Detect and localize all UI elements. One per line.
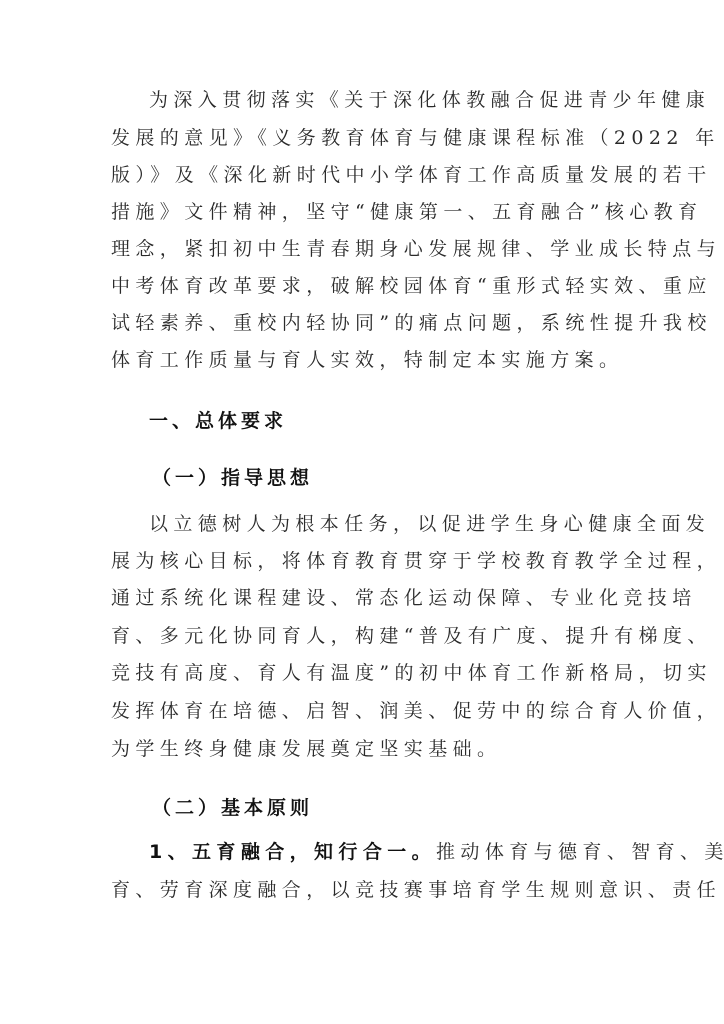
section-heading: 一、总体要求 — [149, 409, 649, 433]
principle-1-line: 1、五育融合，知行合一。推动体育与德育、智育、美 — [149, 840, 649, 864]
text-line: 为深入贯彻落实《关于深化体教融合促进青少年健康 — [149, 88, 649, 112]
subsection-heading: （二）基本原则 — [152, 796, 652, 820]
text-line: 育、劳育深度融合，以竞技赛事培育学生规则意识、责任 — [111, 878, 611, 902]
text-line: 发展的意见》《义务教育体育与健康课程标准（2022 年 — [111, 126, 611, 150]
text-line: 发挥体育在培德、启智、润美、促劳中的综合育人价值， — [111, 699, 611, 723]
text-line: 理念，紧扣初中生青春期身心发展规律、学业成长特点与 — [111, 237, 611, 261]
text-line: 育、多元化协同育人，构建“普及有广度、提升有梯度、 — [111, 624, 611, 648]
text-line: 展为核心目标，将体育教育贯穿于学校教育教学全过程， — [111, 549, 611, 573]
text-line: 以立德树人为根本任务，以促进学生身心健康全面发 — [149, 512, 649, 536]
text-line: 措施》文件精神，坚守“健康第一、五育融合”核心教育 — [111, 200, 611, 224]
subsection-heading: （一）指导思想 — [152, 466, 652, 490]
principle-title: 1、五育融合，知行合一。 — [149, 841, 436, 863]
text-line: 版）》及《深化新时代中小学体育工作高质量发展的若干 — [111, 163, 611, 187]
text-line: 通过系统化课程建设、常态化运动保障、专业化竞技培 — [111, 586, 611, 610]
text-line: 中考体育改革要求，破解校园体育“重形式轻实效、重应 — [111, 274, 611, 298]
text-line: 体育工作质量与育人实效，特制定本实施方案。 — [111, 348, 611, 372]
text-line: 竞技有高度、育人有温度”的初中体育工作新格局，切实 — [111, 661, 611, 685]
principle-text: 推动体育与德育、智育、美 — [436, 841, 724, 863]
text-line: 试轻素养、重校内轻协同”的痛点问题，系统性提升我校 — [111, 311, 611, 335]
document-page: 为深入贯彻落实《关于深化体教融合促进青少年健康 发展的意见》《义务教育体育与健康… — [0, 0, 724, 1024]
text-line: 为学生终身健康发展奠定坚实基础。 — [111, 737, 611, 761]
